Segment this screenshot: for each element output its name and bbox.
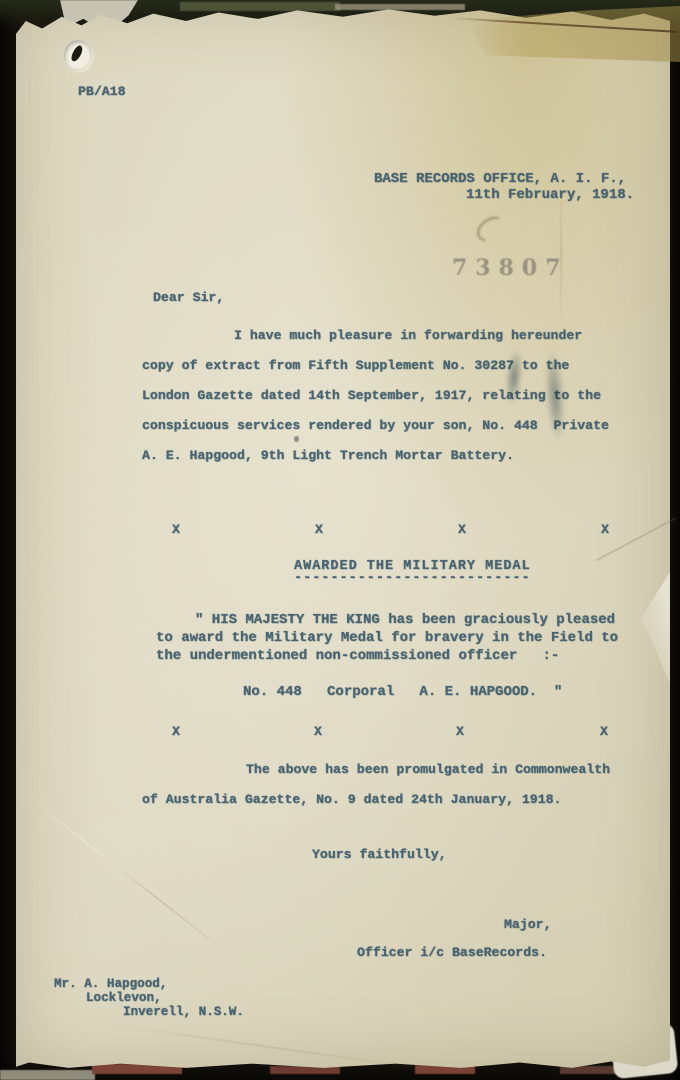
body-line: A. E. Hapgood, 9th Light Trench Mortar B… (142, 448, 514, 463)
section-break-x: X (314, 724, 322, 739)
signature-title: Officer i/c BaseRecords. (357, 945, 547, 960)
body-line: conspicuous services rendered by your so… (142, 418, 609, 433)
recipient-address: Locklevon, (86, 991, 162, 1005)
closing: Yours faithfully, (312, 847, 447, 862)
letter-date: 11th February, 1918. (466, 187, 634, 203)
body-line: London Gazette dated 14th September, 191… (142, 388, 601, 403)
section-break-x: X (456, 724, 464, 739)
section-break-x: X (172, 724, 180, 739)
signature-rank: Major, (504, 917, 551, 932)
body-line: of Australia Gazette, No. 9 dated 24th J… (142, 792, 561, 807)
citation-line: the undermentioned non-commissioned offi… (156, 648, 559, 664)
section-break-x: X (315, 522, 323, 537)
citation-line: to award the Military Medal for bravery … (156, 630, 618, 646)
citation-line: " HIS MAJESTY THE KING has been gracious… (195, 612, 615, 628)
section-break-x: X (601, 522, 609, 537)
letterhead-office: BASE RECORDS OFFICE, A. I. F., (374, 171, 626, 187)
body-line: The above has been promulgated in Common… (246, 762, 610, 777)
file-reference: PB/A18 (78, 84, 125, 99)
award-heading-underline: -------------------------- (294, 571, 531, 586)
awardee-line: No. 448 Corporal A. E. HAPGOOD. " (243, 684, 562, 700)
registry-stamp-number: 73807 (452, 255, 569, 281)
body-line: I have much pleasure in forwarding hereu… (234, 328, 582, 343)
recipient-name: Mr. A. Hapgood, (54, 977, 167, 991)
letter-text: PB/A18 BASE RECORDS OFFICE, A. I. F., 11… (0, 0, 680, 1080)
body-line: copy of extract from Fifth Supplement No… (142, 358, 569, 373)
salutation: Dear Sir, (153, 290, 224, 305)
section-break-x: X (600, 724, 608, 739)
recipient-town: Inverell, N.S.W. (123, 1005, 244, 1019)
ink-dot (294, 436, 299, 442)
section-break-x: X (172, 522, 180, 537)
section-break-x: X (458, 522, 466, 537)
